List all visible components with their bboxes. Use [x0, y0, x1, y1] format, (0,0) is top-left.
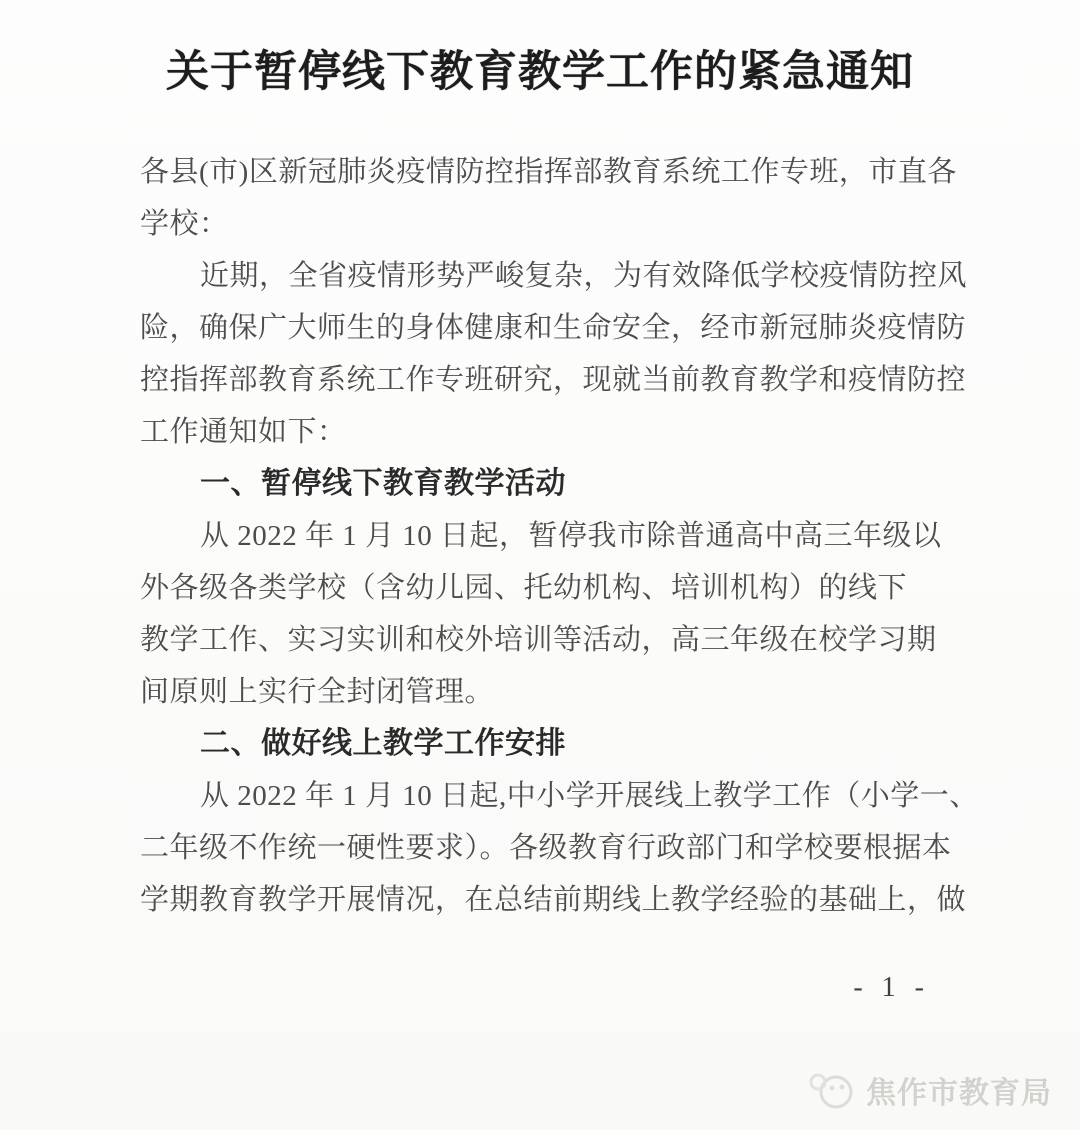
doc-title: 关于暂停线下教育教学工作的紧急通知 — [0, 38, 1080, 99]
body-line: 教学工作、实习实训和校外培训等活动，高三年级在校学习期 — [140, 614, 950, 666]
body-line: 各县(市)区新冠肺炎疫情防控指挥部教育系统工作专班，市直各 — [140, 146, 950, 198]
page-number: - 1 - — [853, 972, 930, 1004]
watermark-text: 焦作市教育局 — [866, 1068, 1052, 1112]
body-line: 外各级各类学校（含幼儿园、托幼机构、培训机构）的线下 — [140, 562, 950, 614]
section-heading: 一、暂停线下教育教学活动 — [140, 458, 950, 510]
body-line: 工作通知如下： — [140, 406, 950, 458]
body-line: 从 2022 年 1 月 10 日起,中小学开展线上教学工作（小学一、 — [140, 770, 950, 822]
education-bureau-logo-icon — [806, 1068, 858, 1112]
body-line: 学校： — [140, 198, 950, 250]
body-line: 从 2022 年 1 月 10 日起，暂停我市除普通高中高三年级以 — [140, 510, 950, 562]
body-line: 间原则上实行全封闭管理。 — [140, 666, 950, 718]
body-line: 学期教育教学开展情况，在总结前期线上教学经验的基础上，做 — [140, 874, 950, 926]
body-line: 二年级不作统一硬性要求）。各级教育行政部门和学校要根据本 — [140, 822, 950, 874]
section-heading: 二、做好线上教学工作安排 — [140, 718, 950, 770]
document-page: 关于暂停线下教育教学工作的紧急通知 各县(市)区新冠肺炎疫情防控指挥部教育系统工… — [0, 0, 1080, 1130]
doc-body: 各县(市)区新冠肺炎疫情防控指挥部教育系统工作专班，市直各 学校： 近期，全省疫… — [140, 146, 950, 926]
body-line: 近期，全省疫情形势严峻复杂，为有效降低学校疫情防控风 — [140, 250, 950, 302]
body-line: 控指挥部教育系统工作专班研究，现就当前教育教学和疫情防控 — [140, 354, 950, 406]
watermark: 焦作市教育局 — [806, 1068, 1052, 1112]
body-line: 险，确保广大师生的身体健康和生命安全，经市新冠肺炎疫情防 — [140, 302, 950, 354]
